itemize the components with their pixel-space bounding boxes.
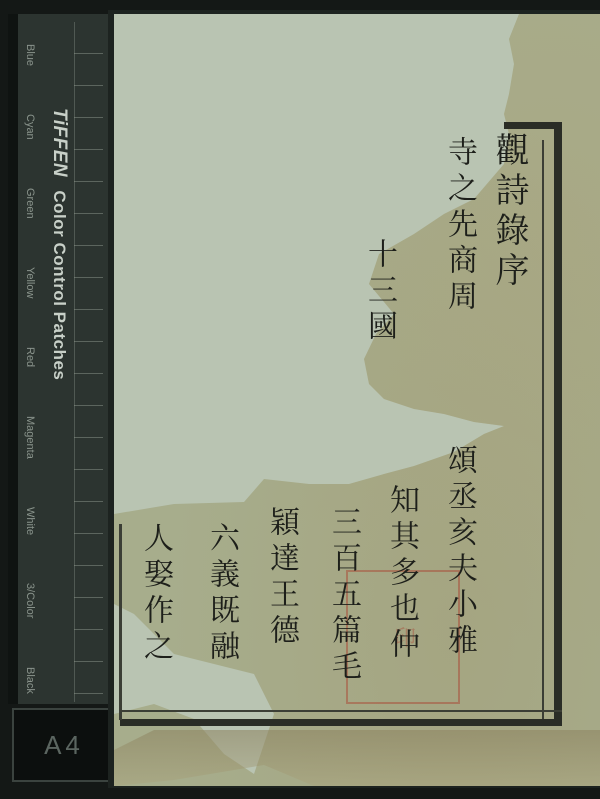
text-column: 寺之先商周 xyxy=(444,136,474,316)
text-column: 人娶作之 xyxy=(140,522,170,666)
size-label-box: A4 xyxy=(12,708,116,782)
frame-border-bottom xyxy=(120,719,562,726)
patch-label: Green xyxy=(24,188,36,219)
patch-label: Blue xyxy=(24,44,36,66)
tiffen-logo: TiFFEN xyxy=(49,108,70,177)
patch-label: Cyan xyxy=(24,114,36,140)
document-title: 觀詩錄序 xyxy=(492,132,526,292)
patch-label: Red xyxy=(24,347,36,367)
color-control-strip: TiFFEN Color Control Patches Blue Cyan G… xyxy=(8,14,110,704)
patch-label: White xyxy=(24,507,36,535)
text-column: 知其多也仲 xyxy=(386,484,416,664)
patch-label: Black xyxy=(24,667,36,694)
frame-border-right xyxy=(554,122,562,724)
text-column: 十三國 xyxy=(364,238,394,346)
frame-border-left xyxy=(119,524,122,720)
strip-brand: TiFFEN Color Control Patches xyxy=(48,108,70,380)
text-column: 穎達王德 xyxy=(266,506,296,650)
patch-label: 3/Color xyxy=(24,583,36,618)
frame-border-right-inner xyxy=(542,140,544,724)
patch-label: Magenta xyxy=(24,416,36,459)
patch-label: Yellow xyxy=(24,267,36,298)
strip-title: Color Control Patches xyxy=(50,190,69,380)
frame-border-bottom-inner xyxy=(120,710,562,712)
ruler-scale xyxy=(74,22,103,702)
frame-border-top xyxy=(504,122,559,129)
paper-stain xyxy=(114,730,600,786)
text-column: 三百五篇毛 xyxy=(328,506,358,686)
size-label: A4 xyxy=(44,730,84,761)
text-column: 頌丞亥夫小雅 xyxy=(444,444,474,660)
patch-labels: Blue Cyan Green Yellow Red Magenta White… xyxy=(24,44,36,694)
document-page: 印 觀詩錄序 寺之先商周 頌丞亥夫小雅 十三國 知其多也仲 三百五篇毛 穎達王德… xyxy=(114,14,600,786)
text-column: 六義既融 xyxy=(206,522,236,666)
